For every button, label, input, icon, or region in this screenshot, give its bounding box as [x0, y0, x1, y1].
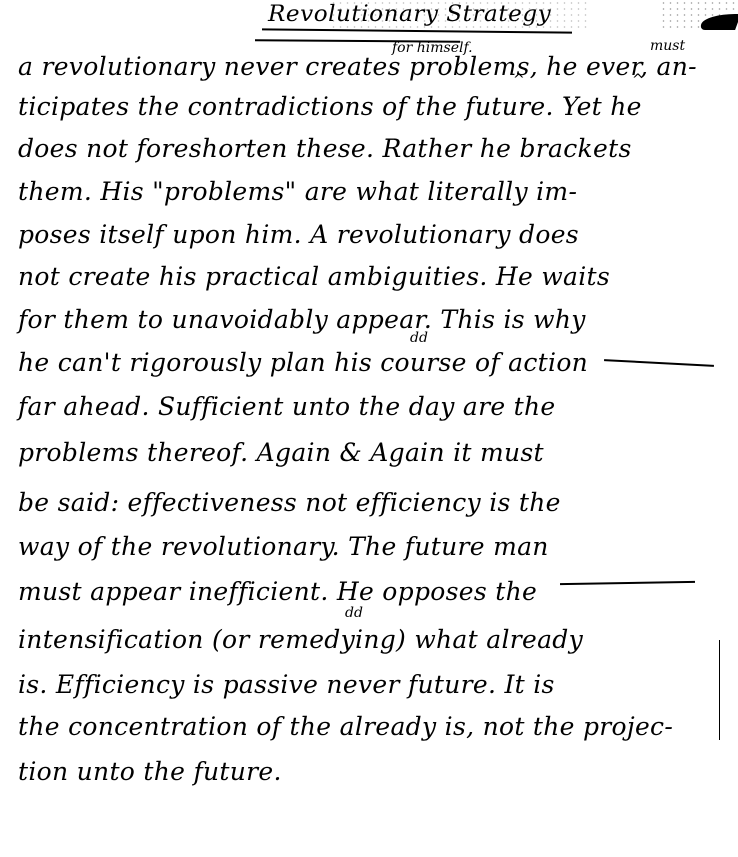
interlinear-insertion: dd — [410, 330, 428, 346]
manuscript-line: ticipates the contradictions of the futu… — [18, 92, 723, 122]
manuscript-line: does not foreshorten these. Rather he br… — [18, 134, 723, 164]
interlinear-insertion: dd — [345, 605, 363, 621]
manuscript-line: be said: effectiveness not efficiency is… — [18, 488, 723, 518]
manuscript-line: far ahead. Sufficient unto the day are t… — [18, 392, 723, 422]
manuscript-line: problems thereof. Again & Again it must — [18, 438, 723, 468]
scanned-manuscript-page: Revolutionary Strategy for himself. must… — [0, 0, 738, 857]
manuscript-line: for them to unavoidably appear. This is … — [18, 305, 723, 335]
manuscript-line: way of the revolutionary. The future man — [18, 532, 723, 562]
manuscript-line: a revolutionary never creates problems, … — [18, 52, 723, 82]
margin-rule — [719, 640, 720, 740]
manuscript-line: poses itself upon him. A revolutionary d… — [18, 220, 723, 250]
manuscript-line: intensification (or remedying) what alre… — [18, 625, 723, 655]
manuscript-line: the concentration of the already is, not… — [18, 712, 723, 742]
manuscript-line: them. His "problems" are what literally … — [18, 177, 723, 207]
manuscript-line: is. Efficiency is passive never future. … — [18, 670, 723, 700]
document-title: Revolutionary Strategy — [268, 2, 551, 27]
manuscript-line: he can't rigorously plan his course of a… — [18, 348, 723, 378]
manuscript-line: not create his practical ambiguities. He… — [18, 262, 723, 292]
manuscript-line: tion unto the future. — [18, 757, 723, 787]
